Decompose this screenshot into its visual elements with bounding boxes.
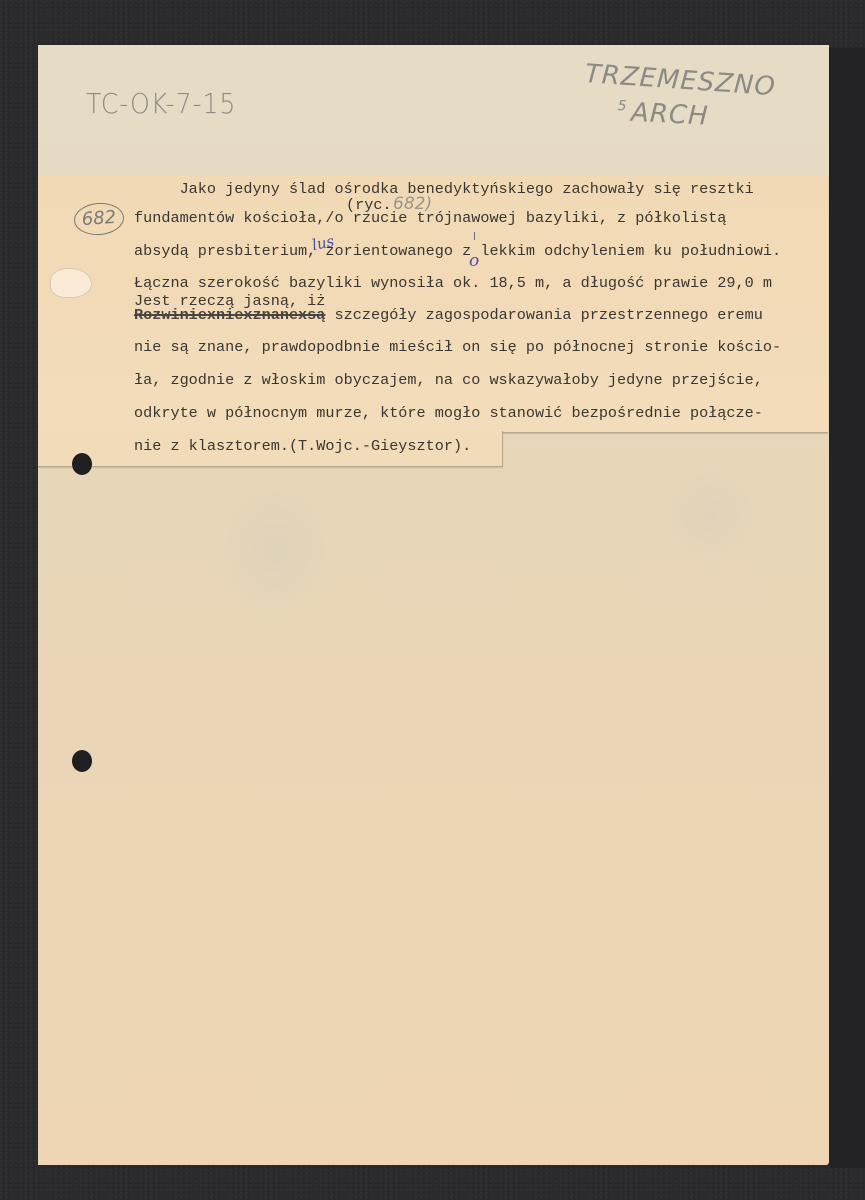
- category-text: ARCH: [630, 98, 709, 132]
- struck-out-text: Rozwiniexniexznanexsą: [134, 306, 325, 324]
- typed-line-7: nie są znane, prawdopodbnie mieścił on s…: [134, 338, 781, 356]
- call-number: TC-OK-7-15: [86, 87, 236, 120]
- category-label: 5ARCH: [616, 97, 709, 132]
- ink-correction-2: o: [469, 251, 479, 271]
- ink-tick-mark: [474, 232, 475, 240]
- typed-line-2: fundamentów kościoła,/o rzucie trójnawow…: [134, 209, 726, 227]
- category-prefix: 5: [617, 98, 628, 114]
- typed-line-1: Jako jedyny ślad ośrodka benedyktyńskieg…: [134, 180, 754, 198]
- typed-line-6: szczegóły zagospodarowania przestrzenneg…: [325, 306, 762, 324]
- folder-edge: [829, 48, 865, 1168]
- paper-damage-mark: [50, 268, 92, 298]
- typed-line-6-row: Rozwiniexniexznanexsą szczegóły zagospod…: [134, 306, 763, 324]
- typed-line-4: Łączna szerokość bazyliki wynosiła ok. 1…: [134, 274, 772, 292]
- punch-hole-top: [72, 453, 92, 475]
- typed-line-3: absydą presbiterium, zorientowanego z le…: [134, 242, 781, 260]
- typed-line-9: odkryte w północnym murze, które mogło s…: [134, 404, 763, 422]
- place-name: TRZEMESZNO: [584, 59, 777, 102]
- typed-line-10: nie z klasztorem.(T.Wojc.-Gieysztor).: [134, 437, 471, 455]
- typed-line-8: ła, zgodnie z włoskim obyczajem, na co w…: [134, 371, 763, 389]
- punch-hole-bottom: [72, 750, 92, 772]
